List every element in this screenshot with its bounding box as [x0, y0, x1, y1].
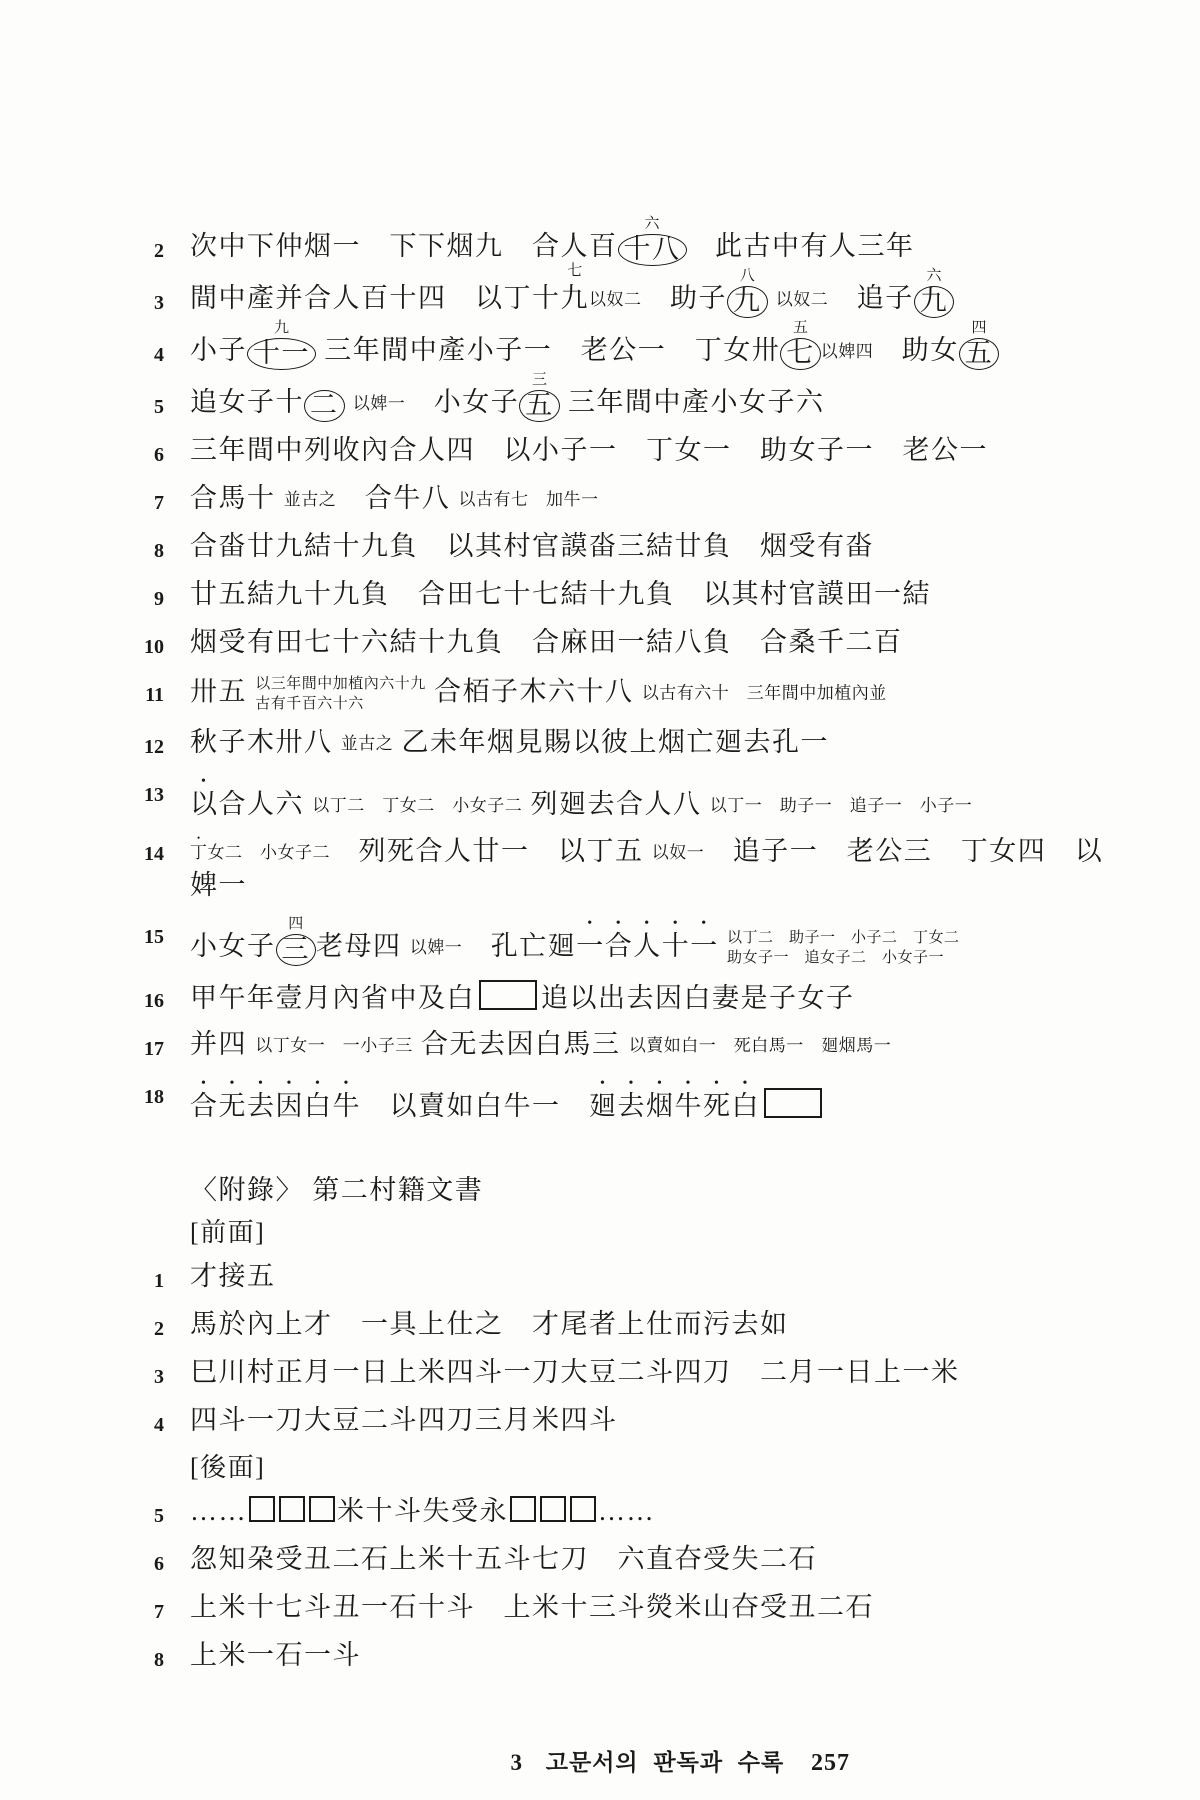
document-line: 10烟受有田七十六結十九負 合麻田一結八負 合桑千二百	[120, 626, 1140, 663]
text-run: 廻去烟牛死白	[589, 1091, 760, 1121]
line-text: 并四 以丁女一 一小子三 合无去因白馬三 以賣如白一 死白馬一 廻烟馬一	[190, 1028, 891, 1062]
text-run: 以古有六十 三年間中加植內並	[642, 683, 887, 702]
text-run: 助女	[873, 335, 959, 365]
correction-above: 九	[274, 321, 289, 336]
correction-above: 四	[288, 917, 303, 932]
line-text: 以合人六 以丁二 丁女二 小女子二 列廻去合人八 以丁一 助子一 追子一 小子一	[190, 774, 972, 822]
document-line: 6三年間中列收內合人四 以小子一 丁女一 助女子一 老公一	[120, 434, 1140, 471]
text-run: 丁	[190, 843, 208, 862]
text-run: 〈附錄〉 第二村籍文書	[190, 1175, 483, 1205]
line-text: 小子十一九 三年間中產小子一 老公一 丁女卅七五以婢四 助女五四	[190, 334, 999, 370]
text-run: ……	[598, 1496, 655, 1526]
circled-number: 三四	[276, 934, 317, 966]
text-run: 以賣如白一 死白馬一 廻烟馬一	[629, 1036, 892, 1055]
text-run: 追以出去因白妻是子女子	[541, 983, 855, 1013]
text-run: 上米一石一斗	[190, 1640, 361, 1670]
document-line: 14丁女二 小女子二 列死合人廿一 以丁五 以奴一 追子一 老公三 丁女四 以婢…	[120, 833, 1140, 901]
line-number: 2	[120, 230, 164, 267]
interlinear-note-line: 助女子一 追女子二 小女子一	[727, 948, 960, 968]
line-number: 2	[120, 1308, 164, 1345]
line-number: 17	[120, 1028, 164, 1065]
text-run: 並古之	[341, 734, 394, 753]
text-run: 孔亡廻	[462, 931, 576, 961]
line-number: 9	[120, 578, 164, 615]
line-text: 上米十七斗丑一石十斗 上米十三斗熒米山夻受丑二石	[190, 1591, 874, 1623]
line-text: 烟受有田七十六結十九負 合麻田一結八負 合桑千二百	[190, 626, 903, 658]
line-text: 次中下仲烟一 下下烟九 合人百十八六 此古中有人三年	[190, 230, 915, 266]
line-number	[120, 1452, 164, 1457]
text-run: 合人六	[219, 789, 313, 819]
text-run: 合无去因白馬三	[413, 1029, 629, 1059]
interlinear-note-line: 以三年間中加植內六十九	[255, 674, 426, 694]
text-run: 以奴二	[589, 290, 642, 309]
line-number: 1	[120, 1260, 164, 1297]
text-run: 九七	[561, 282, 590, 314]
line-text: 才接五	[190, 1260, 276, 1292]
redaction-box	[249, 1496, 275, 1522]
line-number: 12	[120, 726, 164, 763]
text-run: 列廻去合人八	[522, 789, 710, 819]
text-run: 上米十七斗丑一石十斗 上米十三斗熒米山夻受丑二石	[190, 1592, 874, 1622]
document-line: 7合馬十 並古之 合牛八 以古有七 加牛一	[120, 482, 1140, 519]
text-run: 才接五	[190, 1261, 276, 1291]
redaction-box	[309, 1496, 335, 1522]
appendix-block: 〈附錄〉 第二村籍文書[前面]1才接五2馬於內上才 一具上仕之 才尾者上仕而污去…	[120, 1174, 1140, 1676]
document-line: 13以合人六 以丁二 丁女二 小女子二 列廻去合人八 以丁一 助子一 追子一 小…	[120, 774, 1140, 822]
line-number: 6	[120, 434, 164, 471]
line-number: 4	[120, 1404, 164, 1441]
redaction-box	[510, 1496, 536, 1522]
document-line: 16甲午年壹月內省中及白追以出去因白妻是子女子	[120, 980, 1140, 1017]
text-run: 女二 小女子二	[208, 843, 331, 862]
text-run: 一合人十一	[576, 931, 719, 961]
correction-above: 八	[740, 269, 755, 284]
text-run: 忽知朶受丑二石上米十五斗七刀 六直夻受失二石	[190, 1544, 817, 1574]
line-number: 3	[120, 282, 164, 319]
text-run: 米十斗失受永	[337, 1496, 508, 1526]
text-run	[768, 283, 776, 313]
document-line: 3巳川村正月一日上米四斗一刀大豆二斗四刀 二月一日上一米	[120, 1356, 1140, 1393]
interlinear-note-line: 古有千百六十六	[255, 694, 426, 714]
text-run: 合馬十	[190, 483, 284, 513]
document-line: 8上米一石一斗	[120, 1639, 1140, 1676]
side-label: [後面]	[120, 1452, 1140, 1484]
circled-number: 五四	[959, 338, 1000, 370]
text-run: 小子	[190, 335, 247, 365]
line-number: 4	[120, 334, 164, 371]
text-run: 烟受有田七十六結十九負 合麻田一結八負 合桑千二百	[190, 627, 903, 657]
line-number: 8	[120, 530, 164, 567]
circled-number: 十八六	[618, 234, 687, 266]
line-text: 〈附錄〉 第二村籍文書	[190, 1174, 483, 1206]
line-text: 小女子三四老母四 以婢一 孔亡廻一合人十一 以丁二 助子一 小子二 丁女二助女子…	[190, 916, 960, 969]
correction-above: 六	[644, 217, 659, 232]
text-run: 助子	[642, 283, 728, 313]
line-text: 合馬十 並古之 合牛八 以古有七 加牛一	[190, 482, 599, 516]
line-text: 上米一石一斗	[190, 1639, 361, 1671]
text-run: 以	[190, 789, 219, 819]
circled-number: 九六	[914, 286, 955, 318]
redaction-box	[479, 980, 537, 1010]
line-text: 巳川村正月一日上米四斗一刀大豆二斗四刀 二月一日上一米	[190, 1356, 960, 1388]
line-text: 卅五 以三年間中加植內六十九古有千百六十六 合栢子木六十八 以古有六十 三年間中…	[190, 674, 887, 715]
redaction-box	[764, 1088, 822, 1118]
line-number: 7	[120, 1591, 164, 1628]
document-line: 8合畓廿九結十九負 以其村官謨畓三結廿負 烟受有畓	[120, 530, 1140, 567]
text-run: 甲午年壹月內省中及白	[190, 983, 475, 1013]
line-text: 間中產并合人百十四 以丁十九七以奴二 助子九八 以奴二 追子九六	[190, 282, 954, 318]
line-number: 18	[120, 1076, 164, 1113]
chapter-number: 3	[511, 1750, 524, 1775]
line-text: 三年間中列收內合人四 以小子一 丁女一 助女子一 老公一	[190, 434, 988, 466]
text-run: 巳川村正月一日上米四斗一刀大豆二斗四刀 二月一日上一米	[190, 1357, 960, 1387]
text-run: 乙未年烟見賜以彼上烟亡廻去孔一	[393, 727, 829, 757]
line-text: 追女子十二 以婢一 小女子五三 三年間中產小女子六	[190, 386, 825, 422]
text-run: 以古有七 加牛一	[459, 490, 599, 509]
line-number: 16	[120, 980, 164, 1017]
text-run: 以丁女一 一小子三	[255, 1036, 413, 1055]
interlinear-note: 以丁二 助子一 小子二 丁女二助女子一 追女子二 小女子一	[727, 928, 960, 969]
correction-above: 四	[971, 321, 986, 336]
page-footer: 3 고문서의 판독과 수록 257	[120, 1744, 1140, 1777]
text-run: 四斗一刀大豆二斗四刀三月米四斗	[190, 1405, 618, 1435]
text-run: 以奴二	[776, 290, 829, 309]
document-line: 7上米十七斗丑一石十斗 上米十三斗熒米山夻受丑二石	[120, 1591, 1140, 1628]
text-run: 秋子木卅八	[190, 727, 341, 757]
side-label: [前面]	[120, 1217, 1140, 1249]
document-line: 4四斗一刀大豆二斗四刀三月米四斗	[120, 1404, 1140, 1441]
line-text: 合无去因白牛 以賣如白牛一 廻去烟牛死白	[190, 1076, 826, 1122]
text-run: 列死合人廿一 以丁五	[330, 836, 652, 866]
document-line: 3間中產并合人百十四 以丁十九七以奴二 助子九八 以奴二 追子九六	[120, 282, 1140, 319]
text-run: 合畓廿九結十九負 以其村官謨畓三結廿負 烟受有畓	[190, 531, 874, 561]
line-text: 馬於內上才 一具上仕之 才尾者上仕而污去如	[190, 1308, 789, 1340]
line-number: 10	[120, 626, 164, 663]
text-run: 小女子	[405, 387, 519, 417]
text-run: 追子	[828, 283, 914, 313]
text-run: 婢一	[190, 870, 247, 900]
text-run: 追女子十	[190, 387, 304, 417]
line-number: 5	[120, 1495, 164, 1532]
text-run: 三年間中產小女子六	[560, 387, 825, 417]
text-run: 合无去因白牛	[190, 1091, 361, 1121]
main-text-block: 2次中下仲烟一 下下烟九 合人百十八六 此古中有人三年3間中產并合人百十四 以丁…	[120, 230, 1140, 1122]
redaction-box	[570, 1496, 596, 1522]
text-run: 以婢一	[410, 938, 463, 957]
document-line: 5追女子十二 以婢一 小女子五三 三年間中產小女子六	[120, 386, 1140, 423]
correction-above: 六	[926, 269, 941, 284]
text-run: 并四	[190, 1029, 255, 1059]
document-line: 2次中下仲烟一 下下烟九 合人百十八六 此古中有人三年	[120, 230, 1140, 267]
circled-number: 九八	[727, 286, 768, 318]
interlinear-note: 以三年間中加植內六十九古有千百六十六	[255, 674, 426, 715]
text-run: 三年間中列收內合人四 以小子一 丁女一 助女子一 老公一	[190, 435, 988, 465]
text-run: 間中產并合人百十四 以丁十	[190, 283, 561, 313]
text-run: 以婢一	[353, 394, 406, 413]
section-heading: 〈附錄〉 第二村籍文書	[120, 1174, 1140, 1206]
document-line: 2馬於內上才 一具上仕之 才尾者上仕而污去如	[120, 1308, 1140, 1345]
text-run: 以丁一 助子一 追子一 小子一	[710, 796, 973, 815]
document-line: 12秋子木卅八 並古之 乙未年烟見賜以彼上烟亡廻去孔一	[120, 726, 1140, 763]
line-number: 13	[120, 774, 164, 811]
line-text: [前面]	[190, 1217, 265, 1249]
line-text: 忽知朶受丑二石上米十五斗七刀 六直夻受失二石	[190, 1543, 817, 1575]
text-run: 追子一 老公三 丁女四 以	[704, 836, 1103, 866]
text-run: 合牛八	[336, 483, 458, 513]
line-number: 5	[120, 386, 164, 423]
line-text: 甲午年壹月內省中及白追以出去因白妻是子女子	[190, 980, 855, 1014]
text-run: [前面]	[190, 1218, 265, 1247]
line-text: 合畓廿九結十九負 以其村官謨畓三結廿負 烟受有畓	[190, 530, 874, 562]
line-text: 四斗一刀大豆二斗四刀三月米四斗	[190, 1404, 618, 1436]
text-run: 以賣如白牛一	[361, 1091, 589, 1121]
text-run: 小女子	[190, 931, 276, 961]
text-run: ……	[190, 1496, 247, 1526]
text-run: 卅五	[190, 676, 255, 706]
line-number: 15	[120, 916, 164, 953]
document-line: 15小女子三四老母四 以婢一 孔亡廻一合人十一 以丁二 助子一 小子二 丁女二助…	[120, 916, 1140, 969]
correction-above: 七	[567, 264, 582, 279]
text-run: 此古中有人三年	[687, 231, 915, 261]
correction-above: 三	[532, 373, 547, 388]
line-number: 8	[120, 1639, 164, 1676]
text-run: 老母四	[316, 931, 410, 961]
redaction-box	[540, 1496, 566, 1522]
line-number: 11	[120, 674, 164, 711]
running-title: 고문서의 판독과 수록	[546, 1750, 784, 1775]
text-run: 廿五結九十九負 合田七十七結十九負 以其村官謨田一結	[190, 579, 931, 609]
document-line: 17并四 以丁女一 一小子三 合无去因白馬三 以賣如白一 死白馬一 廻烟馬一	[120, 1028, 1140, 1065]
circled-number: 十一九	[247, 338, 316, 370]
document-line: 11卅五 以三年間中加植內六十九古有千百六十六 合栢子木六十八 以古有六十 三年…	[120, 674, 1140, 715]
page-number: 257	[811, 1750, 850, 1776]
text-run: 以奴一	[652, 843, 705, 862]
text-run: [後面]	[190, 1453, 265, 1482]
circled-number: 五三	[519, 390, 560, 422]
line-text: [後面]	[190, 1452, 265, 1484]
text-run: 次中下仲烟一 下下烟九 合人百	[190, 231, 618, 261]
line-number: 3	[120, 1356, 164, 1393]
line-text: 丁女二 小女子二 列死合人廿一 以丁五 以奴一 追子一 老公三 丁女四 以婢一	[190, 833, 1103, 901]
document-line: 9廿五結九十九負 合田七十七結十九負 以其村官謨田一結	[120, 578, 1140, 615]
circled-number: 二	[304, 390, 345, 422]
document-line: 5……米十斗失受永……	[120, 1495, 1140, 1532]
text-run: 馬於內上才 一具上仕之 才尾者上仕而污去如	[190, 1309, 789, 1339]
document-line: 18合无去因白牛 以賣如白牛一 廻去烟牛死白	[120, 1076, 1140, 1122]
interlinear-note-line: 以丁二 助子一 小子二 丁女二	[727, 928, 960, 948]
line-number: 6	[120, 1543, 164, 1580]
text-run	[719, 931, 727, 961]
text-run	[345, 387, 353, 417]
text-run: 合栢子木六十八	[426, 676, 642, 706]
redaction-box	[279, 1496, 305, 1522]
circled-number: 七五	[780, 338, 821, 370]
text-run: 三年間中產小子一 老公一 丁女卅	[316, 335, 780, 365]
text-run: 以丁二 丁女二 小女子二	[312, 796, 522, 815]
text-run: 以婢四	[821, 342, 874, 361]
line-text: 秋子木卅八 並古之 乙未年烟見賜以彼上烟亡廻去孔一	[190, 726, 829, 760]
line-text: 廿五結九十九負 合田七十七結十九負 以其村官謨田一結	[190, 578, 931, 610]
line-number: 14	[120, 833, 164, 870]
document-line: 4小子十一九 三年間中產小子一 老公一 丁女卅七五以婢四 助女五四	[120, 334, 1140, 371]
line-number: 7	[120, 482, 164, 519]
text-run: 並古之	[284, 490, 337, 509]
line-text: ……米十斗失受永……	[190, 1495, 655, 1527]
document-line: 1才接五	[120, 1260, 1140, 1297]
line-number	[120, 1217, 164, 1222]
correction-above: 五	[793, 321, 808, 336]
document-line: 6忽知朶受丑二石上米十五斗七刀 六直夻受失二石	[120, 1543, 1140, 1580]
line-number	[120, 1174, 164, 1179]
scanned-page: 2次中下仲烟一 下下烟九 合人百十八六 此古中有人三年3間中產并合人百十四 以丁…	[0, 0, 1200, 1800]
